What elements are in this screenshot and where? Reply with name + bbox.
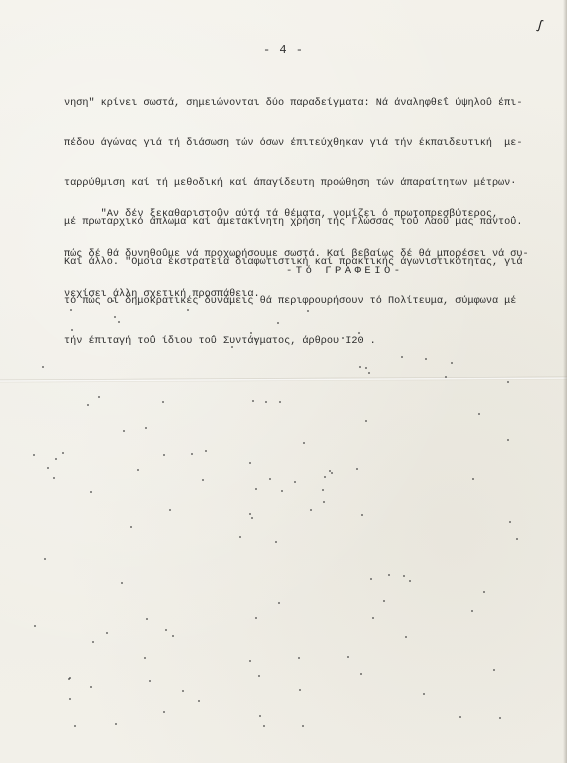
paper-speck — [499, 717, 501, 719]
paper-speck — [182, 690, 184, 692]
paper-speck — [405, 636, 407, 638]
paper-speck — [323, 501, 325, 503]
paper-speck — [87, 404, 89, 406]
paper-speck — [365, 367, 367, 369]
paper-speck — [231, 346, 233, 348]
paper-speck — [356, 468, 358, 470]
paper-speck — [106, 632, 108, 634]
text-line: πώς δέ θά δυνηθοΰμε νά προχωρήσουμε σωστ… — [64, 248, 504, 261]
paper-speck — [358, 332, 360, 334]
paper-speck — [90, 491, 92, 493]
paper-speck — [255, 488, 257, 490]
text-line: νηση" κρίνει σωστά, σημειώνονται δύο παρ… — [64, 97, 504, 110]
paper-speck — [299, 689, 301, 691]
paper-speck — [263, 725, 265, 727]
paper-speck — [278, 602, 280, 604]
paper-speck — [165, 629, 167, 631]
paper-speck — [347, 656, 349, 658]
paper-speck — [472, 478, 474, 480]
paper-speck — [324, 476, 326, 478]
paper-speck — [90, 686, 92, 688]
paper-speck — [68, 678, 70, 680]
paper-speck — [44, 558, 46, 560]
paper-speck — [145, 427, 147, 429]
paper-speck — [483, 591, 485, 593]
paper-speck — [359, 366, 361, 368]
paper-speck — [34, 625, 36, 627]
paper-speck — [507, 439, 509, 441]
paper-speck — [368, 372, 370, 374]
paper-speck — [275, 541, 277, 543]
paper-speck — [250, 332, 252, 334]
paper-speck — [121, 582, 123, 584]
paper-speck — [365, 420, 367, 422]
paper-speck — [516, 538, 518, 540]
paper-speck — [342, 337, 344, 339]
paper-speck — [42, 366, 44, 368]
paper-speck — [370, 578, 372, 580]
text-line: "Αν δέν ξεκαθαριστοΰν αύτά τά θέματα, νο… — [64, 208, 504, 221]
paper-speck — [329, 470, 331, 472]
paper-speck — [137, 469, 139, 471]
paper-speck — [255, 617, 257, 619]
paper-speck — [74, 725, 76, 727]
paper-speck — [425, 358, 427, 360]
paper-speck — [255, 338, 257, 340]
paper-speck — [115, 723, 117, 725]
paper-speck — [322, 489, 324, 491]
paper-speck — [55, 458, 57, 460]
paper-speck — [205, 450, 207, 452]
paper-speck — [123, 430, 125, 432]
paper-speck — [509, 521, 511, 523]
paper-speck — [331, 472, 333, 474]
paper-speck — [451, 362, 453, 364]
paper-speck — [169, 509, 171, 511]
paper-speck — [172, 635, 174, 637]
paper-speck — [130, 526, 132, 528]
paper-speck — [303, 442, 305, 444]
paper-fold-crease — [0, 377, 567, 383]
page-number: - 4 - — [0, 43, 567, 57]
handwritten-corner-mark: ʃ — [534, 17, 545, 34]
paper-edge-shadow — [563, 0, 567, 763]
paper-speck — [493, 669, 495, 671]
paper-speck — [163, 711, 165, 713]
document-page: ʃ - 4 - νηση" κρίνει σωστά, σημειώνονται… — [0, 0, 567, 763]
paper-speck — [258, 675, 260, 677]
paper-speck — [251, 517, 253, 519]
paper-speck — [33, 454, 35, 456]
paper-speck — [92, 641, 94, 643]
paper-speck — [281, 490, 283, 492]
paper-speck — [239, 536, 241, 538]
text-line: πέδου άγώνας γιά τή διάσωση τών όσων έπι… — [64, 137, 504, 150]
paper-speck — [294, 481, 296, 483]
paper-speck — [163, 454, 165, 456]
paper-speck — [277, 322, 279, 324]
paper-speck — [307, 310, 309, 312]
paper-speck — [298, 657, 300, 659]
text-line: τήν έπιταγή τοΰ ίδιου τοΰ Συντάγματος, ά… — [64, 335, 504, 348]
paper-speck — [47, 467, 49, 469]
text-line: νεχίσει άλλη σχετική προσπάθεια. — [64, 288, 504, 301]
paper-speck — [445, 376, 447, 378]
paper-speck — [144, 657, 146, 659]
paper-speck — [198, 700, 200, 702]
paper-speck — [279, 401, 281, 403]
paper-speck — [459, 716, 461, 718]
paper-speck — [383, 600, 385, 602]
paper-speck — [423, 693, 425, 695]
paper-speck — [259, 715, 261, 717]
paper-speck — [249, 513, 251, 515]
paper-speck — [98, 396, 100, 398]
paper-speck — [471, 610, 473, 612]
paper-speck — [269, 478, 271, 480]
paper-speck — [302, 725, 304, 727]
paper-speck — [191, 453, 193, 455]
paper-speck — [388, 574, 390, 576]
paper-speck — [252, 400, 254, 402]
paragraph-2: "Αν δέν ξεκαθαριστοΰν αύτά τά θέματα, νο… — [64, 182, 504, 327]
paper-speck — [310, 509, 312, 511]
paper-speck — [372, 617, 374, 619]
paper-speck — [69, 698, 71, 700]
paper-speck — [71, 329, 73, 331]
paper-speck — [360, 673, 362, 675]
paper-speck — [53, 477, 55, 479]
paper-speck — [70, 309, 72, 311]
paper-speck — [112, 300, 114, 302]
paper-speck — [118, 321, 120, 323]
paper-speck — [187, 309, 189, 311]
paper-speck — [361, 514, 363, 516]
paper-speck — [507, 381, 509, 383]
paper-speck — [249, 462, 251, 464]
paper-speck — [401, 356, 403, 358]
paper-speck — [409, 580, 411, 582]
paper-speck — [202, 479, 204, 481]
signature-office: -Τό ΓΡΑΦΕΙΟ- — [286, 265, 404, 277]
paper-speck — [62, 452, 64, 454]
paper-speck — [403, 575, 405, 577]
paper-speck — [149, 680, 151, 682]
paper-speck — [162, 401, 164, 403]
paper-speck — [146, 618, 148, 620]
paper-speck — [249, 660, 251, 662]
paper-speck — [114, 316, 116, 318]
paper-speck — [265, 401, 267, 403]
paper-speck — [478, 413, 480, 415]
